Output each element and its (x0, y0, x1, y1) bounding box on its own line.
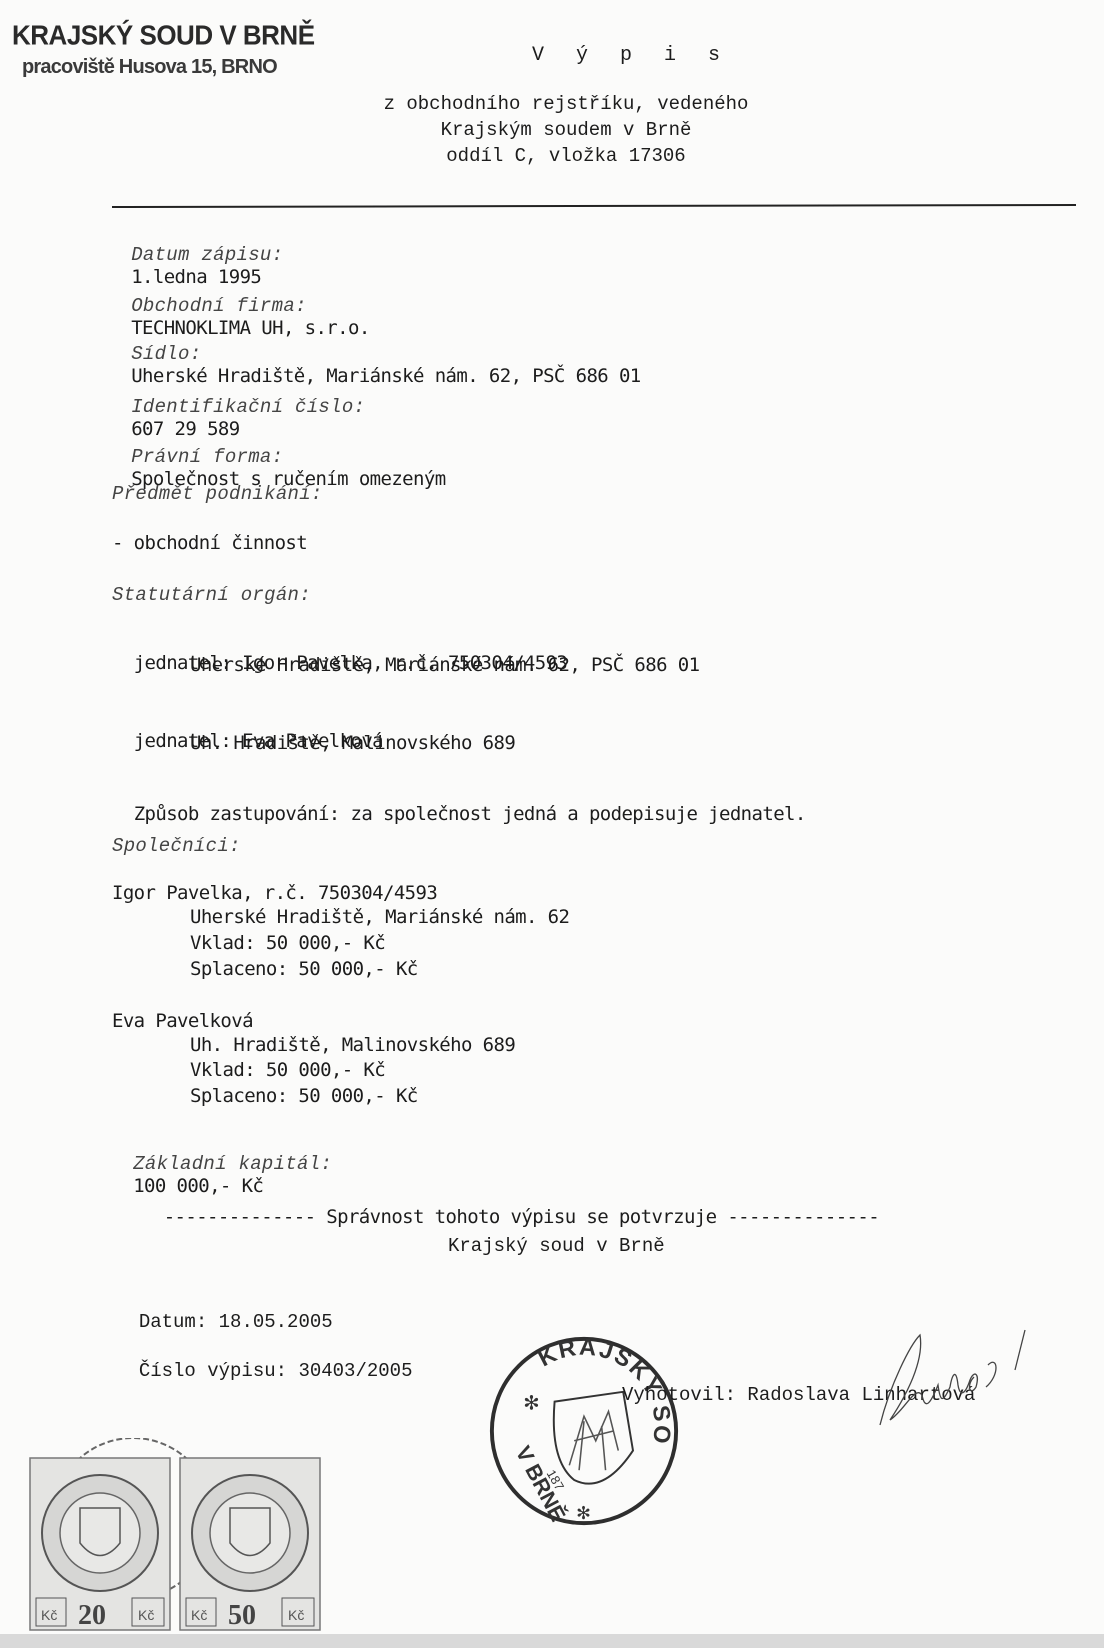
business-subject-label: Předmět podnikání: (112, 483, 323, 505)
statutory-member-1-address: Uherské Hradiště, Mariánské nám. 62, PSČ… (190, 654, 699, 676)
court-seal-icon: KRAJSKÝ SOUD ✻ ✻ V BRNĚ 187 (486, 1333, 682, 1529)
svg-text:20: 20 (78, 1600, 106, 1631)
dashes-right: -------------- (727, 1206, 879, 1228)
field-label: Způsob zastupování: (134, 803, 340, 825)
svg-text:Kč: Kč (288, 1607, 304, 1623)
field-label: Sídlo: (131, 343, 201, 365)
partner-1-deposit: Vklad: 50 000,- Kč (190, 932, 385, 954)
field-label: Identifikační číslo: (131, 396, 365, 418)
certification-text: Správnost tohoto výpisu se potvrzuje (326, 1206, 716, 1228)
court-header-stamp-line1: KRAJSKÝ SOUD V BRNĚ (12, 19, 315, 52)
date-value: 18.05.2005 (219, 1311, 333, 1333)
signature-icon (870, 1325, 1050, 1435)
field-label: Obchodní firma: (131, 295, 307, 317)
svg-text:50: 50 (228, 1600, 256, 1631)
revenue-stamp-20: Kč Kč 20 (30, 1458, 170, 1631)
partner-1-paid: Splaceno: 50 000,- Kč (190, 958, 418, 980)
field-label: Datum zápisu: (131, 244, 283, 266)
field-value: za společnost jedná a podepisuje jednate… (350, 803, 805, 825)
partner-2-deposit: Vklad: 50 000,- Kč (190, 1059, 385, 1081)
extract-no-label: Číslo výpisu: (139, 1360, 287, 1382)
partners-label: Společníci: (112, 835, 241, 857)
footer-date: Datum: 18.05.2005 (116, 1289, 333, 1333)
svg-text:Kč: Kč (41, 1607, 57, 1623)
extract-no-value: 30403/2005 (298, 1360, 412, 1382)
header-divider (112, 204, 1076, 208)
partner-1-address: Uherské Hradiště, Mariánské nám. 62 (190, 906, 569, 928)
subtitle-line1: z obchodního rejstříku, vedeného (14, 93, 1104, 115)
subtitle-line3: oddíl C, vložka 17306 (14, 145, 1104, 167)
statutory-body-label: Statutární orgán: (112, 584, 311, 606)
business-subject-item: - obchodní činnost (112, 532, 307, 554)
court-header-stamp-line2: pracoviště Husova 15, BRNO (22, 56, 277, 79)
dashes-left: -------------- (164, 1206, 316, 1228)
svg-text:✻: ✻ (523, 1391, 539, 1414)
partner-2-address: Uh. Hradiště, Malinovského 689 (190, 1034, 515, 1056)
partner-2-name: Eva Pavelková (112, 1010, 253, 1032)
revenue-stamp-50: Kč Kč 50 (180, 1458, 320, 1631)
field-legal-form: Právní forma: Společnost s ručením omeze… (112, 428, 446, 490)
svg-text:Kč: Kč (138, 1607, 154, 1623)
subtitle-line2: Krajským soudem v Brně (14, 119, 1104, 141)
statutory-member-2-address: Uh. Hradiště, Malinovského 689 (190, 732, 515, 754)
revenue-stamps-icon: Kč Kč 20 Kč Kč 50 (28, 1438, 328, 1638)
partner-1-name: Igor Pavelka, r.č. 750304/4593 (112, 882, 437, 904)
certifying-court: Krajský soud v Brně (448, 1235, 665, 1257)
scan-edge (0, 1634, 1104, 1648)
date-label: Datum: (139, 1311, 207, 1333)
svg-text:✻: ✻ (576, 1504, 591, 1524)
document-title: V ý p i s (532, 44, 730, 67)
svg-text:Kč: Kč (191, 1607, 207, 1623)
field-label: Právní forma: (131, 446, 283, 468)
certification-line: -------------- Správnost tohoto výpisu s… (142, 1184, 879, 1228)
field-representation: Způsob zastupování: za společnost jedná … (112, 781, 806, 825)
field-label: Základní kapitál: (133, 1153, 332, 1175)
partner-2-paid: Splaceno: 50 000,- Kč (190, 1085, 418, 1107)
footer-extract-number: Číslo výpisu: 30403/2005 (116, 1338, 412, 1382)
